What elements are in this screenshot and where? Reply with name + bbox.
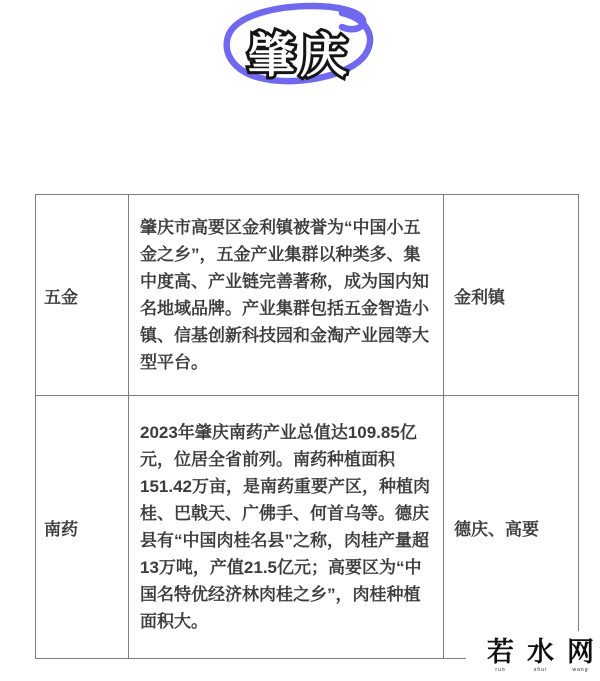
category-cell: 南药 — [36, 396, 129, 659]
description-text: 2023年肇庆南药产业总值达109.85亿元，位居全省前列。南药种植面积151.… — [140, 419, 432, 635]
watermark-character: 若 ruo — [487, 638, 514, 673]
industry-table: 五金 肇庆市高要区金利镇被誉为“中国小五金之乡”，五金产业集群以种类多、集中度高… — [35, 194, 579, 659]
watermark: 若 ruo 水 shui 网 wang — [466, 631, 600, 681]
watermark-char-text: 网 — [567, 638, 594, 666]
description-text: 肇庆市高要区金利镇被誉为“中国小五金之乡”，五金产业集群以种类多、集中度高、产业… — [140, 214, 432, 376]
watermark-pinyin-text: shui — [534, 667, 547, 673]
watermark-pinyin-text: ruo — [495, 667, 505, 673]
location-cell: 金利镇 — [444, 195, 579, 396]
page: 肇庆 五金 肇庆市高要区金利镇被誉为“中国小五金之乡”，五金产业集群以种类多、集… — [0, 0, 600, 681]
watermark-char-text: 水 — [527, 638, 554, 666]
page-title: 肇庆 — [220, 19, 380, 86]
location-cell: 德庆、高要 — [444, 396, 579, 659]
description-cell: 2023年肇庆南药产业总值达109.85亿元，位居全省前列。南药种植面积151.… — [129, 396, 444, 659]
watermark-character: 网 wang — [567, 638, 594, 673]
watermark-character: 水 shui — [527, 638, 554, 673]
description-cell: 肇庆市高要区金利镇被誉为“中国小五金之乡”，五金产业集群以种类多、集中度高、产业… — [129, 195, 444, 396]
category-cell: 五金 — [36, 195, 129, 396]
title-badge: 肇庆 — [220, 2, 380, 88]
watermark-char-text: 若 — [487, 638, 514, 666]
watermark-pinyin-text: wang — [573, 667, 589, 673]
